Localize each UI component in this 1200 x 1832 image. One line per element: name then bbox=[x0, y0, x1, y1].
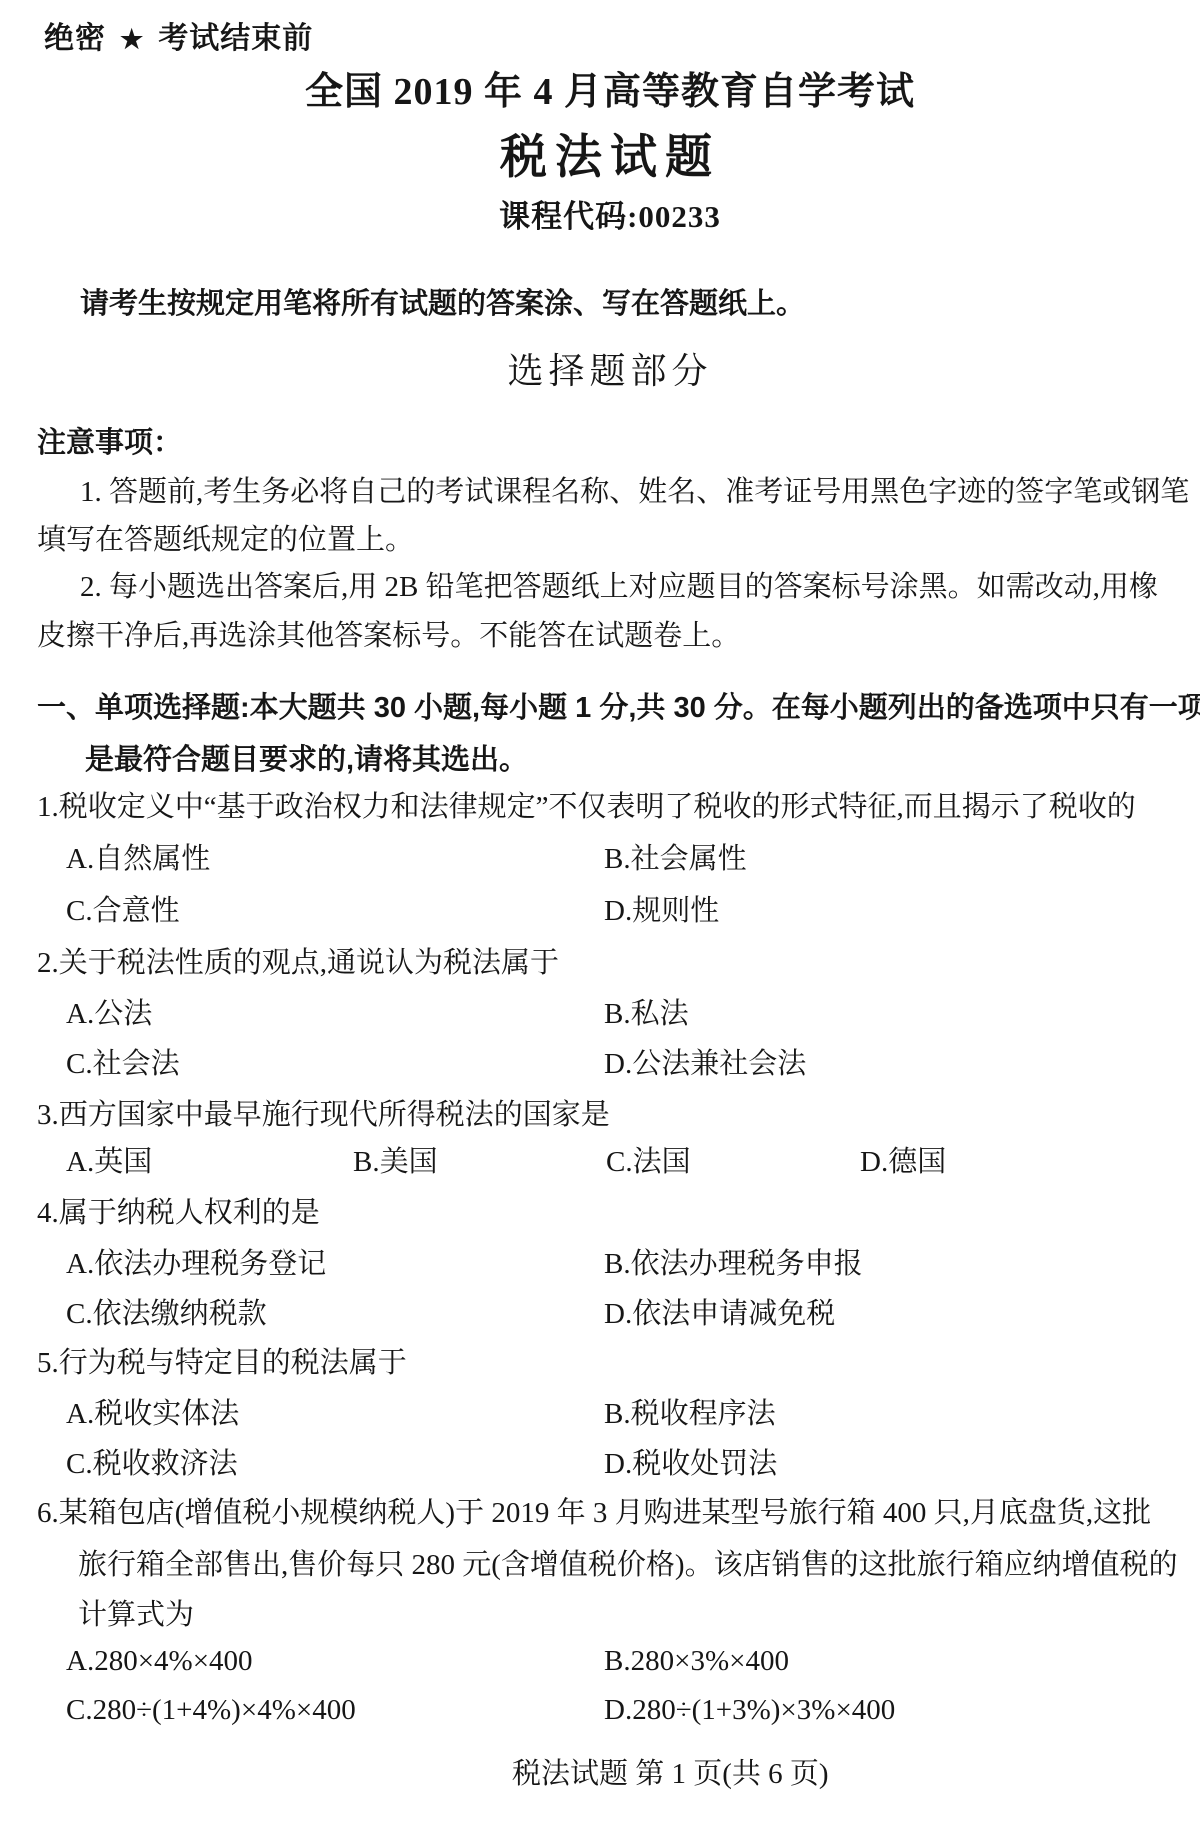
section-title: 选择题部分 bbox=[36, 351, 1184, 391]
question-4-option-b: B.依法办理税务申报 bbox=[604, 1248, 863, 1280]
notes-title: 注意事项： bbox=[37, 427, 182, 459]
question-3-option-b: B.美国 bbox=[353, 1146, 438, 1178]
page-footer: 税法试题 第 1 页(共 6 页) bbox=[512, 1758, 829, 1790]
note-2-line-2: 皮擦干净后,再选涂其他答案标号。不能答在试题卷上。 bbox=[37, 620, 740, 652]
question-6-option-c: C.280÷(1+4%)×4%×400 bbox=[66, 1694, 356, 1726]
question-4-option-a: A.依法办理税务登记 bbox=[66, 1248, 326, 1280]
question-5-option-b: B.税收程序法 bbox=[604, 1398, 776, 1430]
question-1-option-a: A.自然属性 bbox=[66, 843, 210, 875]
note-1-line-2: 填写在答题纸规定的位置上。 bbox=[37, 524, 414, 556]
question-3-option-d: D.德国 bbox=[860, 1146, 946, 1178]
question-1-text: 1.税收定义中“基于政治权力和法律规定”不仅表明了税收的形式特征,而且揭示了税收… bbox=[37, 791, 1136, 823]
single-choice-heading-line-2: 是最符合题目要求的,请将其选出。 bbox=[85, 744, 528, 776]
question-4-option-c: C.依法缴纳税款 bbox=[66, 1298, 267, 1330]
question-6-option-b: B.280×3%×400 bbox=[604, 1645, 789, 1677]
answer-instruction: 请考生按规定用笔将所有试题的答案涂、写在答题纸上。 bbox=[80, 288, 805, 320]
note-1-line-1: 1. 答题前,考生务必将自己的考试课程名称、姓名、准考证号用黑色字迹的签字笔或钢… bbox=[80, 476, 1189, 508]
question-2-option-d: D.公法兼社会法 bbox=[604, 1048, 806, 1080]
question-6-option-a: A.280×4%×400 bbox=[66, 1645, 253, 1677]
question-2-option-a: A.公法 bbox=[66, 998, 152, 1030]
question-6-text-line-2: 旅行箱全部售出,售价每只 280 元(含增值税价格)。该店销售的这批旅行箱应纳增… bbox=[78, 1549, 1178, 1581]
question-4-text: 4.属于纳税人权利的是 bbox=[37, 1197, 320, 1229]
question-2-option-b: B.私法 bbox=[604, 998, 689, 1030]
question-5-option-d: D.税收处罚法 bbox=[604, 1448, 777, 1480]
classification-left-label: 绝密 bbox=[44, 22, 106, 55]
question-5-option-a: A.税收实体法 bbox=[66, 1398, 239, 1430]
question-5-text: 5.行为税与特定目的税法属于 bbox=[37, 1347, 407, 1379]
classification-banner: 绝密★考试结束前 bbox=[44, 22, 313, 56]
question-3-text: 3.西方国家中最早施行现代所得税法的国家是 bbox=[37, 1099, 610, 1131]
course-code: 课程代码:00233 bbox=[36, 200, 1184, 235]
paper-title: 税法试题 bbox=[36, 132, 1184, 185]
question-2-option-c: C.社会法 bbox=[66, 1048, 180, 1080]
note-2-line-1: 2. 每小题选出答案后,用 2B 铅笔把答题纸上对应题目的答案标号涂黑。如需改动… bbox=[80, 571, 1158, 603]
question-3-option-a: A.英国 bbox=[66, 1146, 152, 1178]
question-6-text-line-1: 6.某箱包店(增值税小规模纳税人)于 2019 年 3 月购进某型号旅行箱 40… bbox=[37, 1497, 1151, 1529]
question-1-option-b: B.社会属性 bbox=[604, 843, 747, 875]
question-5-option-c: C.税收救济法 bbox=[66, 1448, 238, 1480]
star-icon: ★ bbox=[120, 25, 144, 54]
question-1-option-c: C.合意性 bbox=[66, 895, 180, 927]
question-6-text-line-3: 计算式为 bbox=[78, 1599, 194, 1631]
exam-title: 全国 2019 年 4 月高等教育自学考试 bbox=[36, 71, 1184, 114]
classification-right-label: 考试结束前 bbox=[158, 22, 313, 55]
question-2-text: 2.关于税法性质的观点,通说认为税法属于 bbox=[37, 947, 559, 979]
question-3-option-c: C.法国 bbox=[606, 1146, 691, 1178]
exam-paper-page: 绝密★考试结束前 全国 2019 年 4 月高等教育自学考试 税法试题 课程代码… bbox=[0, 0, 1200, 1832]
question-4-option-d: D.依法申请减免税 bbox=[604, 1298, 835, 1330]
single-choice-heading-line-1: 一、单项选择题:本大题共 30 小题,每小题 1 分,共 30 分。在每小题列出… bbox=[37, 692, 1200, 724]
question-6-option-d: D.280÷(1+3%)×3%×400 bbox=[604, 1694, 895, 1726]
question-1-option-d: D.规则性 bbox=[604, 895, 719, 927]
